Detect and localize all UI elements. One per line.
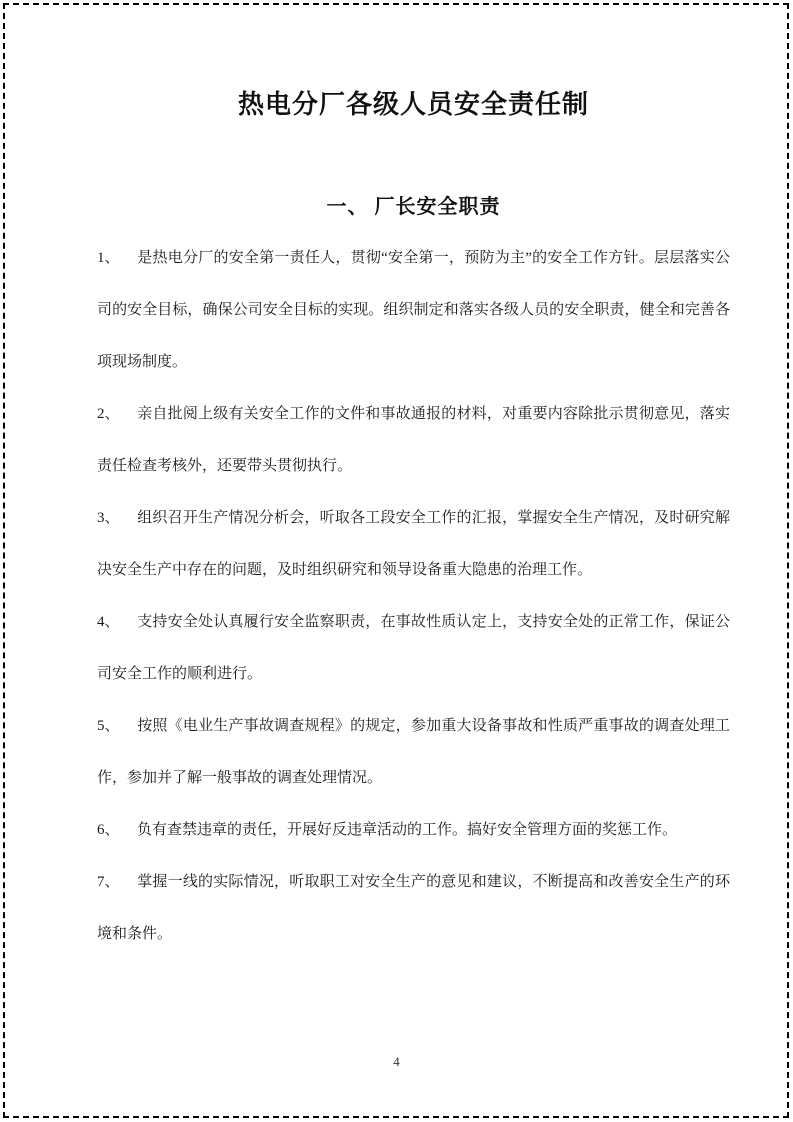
paragraph: 5、按照《电业生产事故调查规程》的规定，参加重大设备事故和性质严重事故的调查处理… — [97, 700, 730, 804]
paragraph-number: 7、 — [97, 856, 137, 908]
page-number: 4 — [0, 1054, 793, 1070]
document-page: 热电分厂各级人员安全责任制 一、 厂长安全职责 1、是热电分厂的安全第一责任人，… — [0, 0, 793, 1122]
paragraph-text: 掌握一线的实际情况，听取职工对安全生产的意见和建议，不断提高和改善安全生产的环境… — [97, 874, 730, 942]
paragraph: 6、负有查禁违章的责任，开展好反违章活动的工作。搞好安全管理方面的奖惩工作。 — [97, 804, 730, 856]
document-title: 热电分厂各级人员安全责任制 — [97, 88, 730, 122]
paragraph-text: 亲自批阅上级有关安全工作的文件和事故通报的材料，对重要内容除批示贯彻意见，落实责… — [97, 406, 730, 474]
paragraph: 4、支持安全处认真履行安全监察职责，在事故性质认定上，支持安全处的正常工作，保证… — [97, 596, 730, 700]
paragraph-number: 5、 — [97, 700, 137, 752]
paragraph-text: 负有查禁违章的责任，开展好反违章活动的工作。搞好安全管理方面的奖惩工作。 — [137, 822, 677, 838]
page-content: 热电分厂各级人员安全责任制 一、 厂长安全职责 1、是热电分厂的安全第一责任人，… — [97, 0, 730, 960]
section-heading: 一、 厂长安全职责 — [97, 194, 730, 220]
paragraph-text: 支持安全处认真履行安全监察职责，在事故性质认定上，支持安全处的正常工作，保证公司… — [97, 614, 730, 682]
paragraph-number: 4、 — [97, 596, 137, 648]
paragraph-text: 是热电分厂的安全第一责任人，贯彻“安全第一，预防为主”的安全工作方针。层层落实公… — [97, 250, 730, 370]
paragraph: 2、亲自批阅上级有关安全工作的文件和事故通报的材料，对重要内容除批示贯彻意见，落… — [97, 388, 730, 492]
paragraph-number: 3、 — [97, 492, 137, 544]
paragraph: 7、掌握一线的实际情况，听取职工对安全生产的意见和建议，不断提高和改善安全生产的… — [97, 856, 730, 960]
paragraph-text: 按照《电业生产事故调查规程》的规定，参加重大设备事故和性质严重事故的调查处理工作… — [97, 718, 730, 786]
paragraph-text: 组织召开生产情况分析会，听取各工段安全工作的汇报，掌握安全生产情况，及时研究解决… — [97, 510, 730, 578]
paragraph-number: 2、 — [97, 388, 137, 440]
paragraph-number: 6、 — [97, 804, 137, 856]
paragraph: 3、组织召开生产情况分析会，听取各工段安全工作的汇报，掌握安全生产情况，及时研究… — [97, 492, 730, 596]
paragraph-list: 1、是热电分厂的安全第一责任人，贯彻“安全第一，预防为主”的安全工作方针。层层落… — [97, 232, 730, 960]
paragraph-number: 1、 — [97, 232, 137, 284]
paragraph: 1、是热电分厂的安全第一责任人，贯彻“安全第一，预防为主”的安全工作方针。层层落… — [97, 232, 730, 388]
